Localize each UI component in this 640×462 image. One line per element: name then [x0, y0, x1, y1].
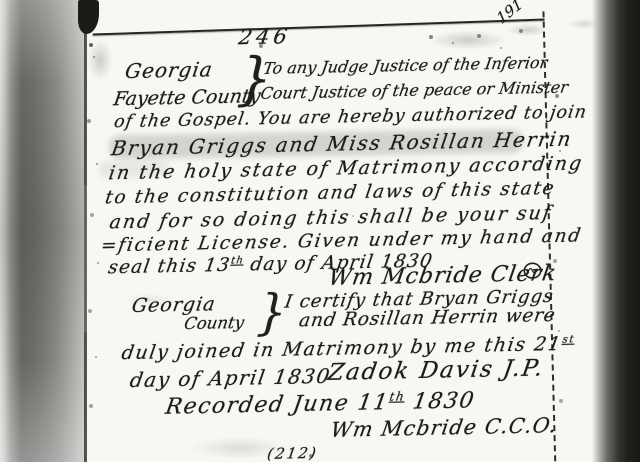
certificate-body-line-2: and Rosillan Herrin were	[298, 305, 558, 331]
license-caption-state: Georgia	[123, 57, 214, 83]
license-date-pre: seal this 13	[107, 255, 232, 279]
jp-signature: Zadok Davis J.P.	[326, 355, 546, 386]
scan-right-edge	[592, 0, 640, 462]
clerk-seal-icon	[522, 261, 542, 281]
document-content: 246 191 Georgia } To any Judge Justice o…	[0, 0, 640, 462]
corner-page-number: 191	[494, 0, 526, 28]
bottom-page-number: (212)	[266, 444, 319, 462]
license-address-line-1: To any Judge Justice of the Inferior	[262, 53, 549, 78]
certificate-date-line: day of April 1830	[128, 364, 332, 392]
certificate-caption-county: County	[183, 313, 246, 333]
recording-post: 1830	[402, 388, 476, 415]
scan-speckles	[0, 0, 2, 2]
scanned-marriage-record: 246 191 Georgia } To any Judge Justice o…	[0, 0, 640, 462]
hand-drawn-border-top	[93, 19, 545, 36]
certificate-line3-ordinal: st	[561, 333, 576, 345]
recording-pre: Recorded June 11	[164, 390, 391, 420]
license-caption-county: Fayette County	[112, 85, 262, 110]
recording-clerk-signature: Wm Mcbride C.C.O.	[329, 413, 559, 442]
license-address-line-2: Court Justice of the peace or Minister	[259, 77, 569, 102]
